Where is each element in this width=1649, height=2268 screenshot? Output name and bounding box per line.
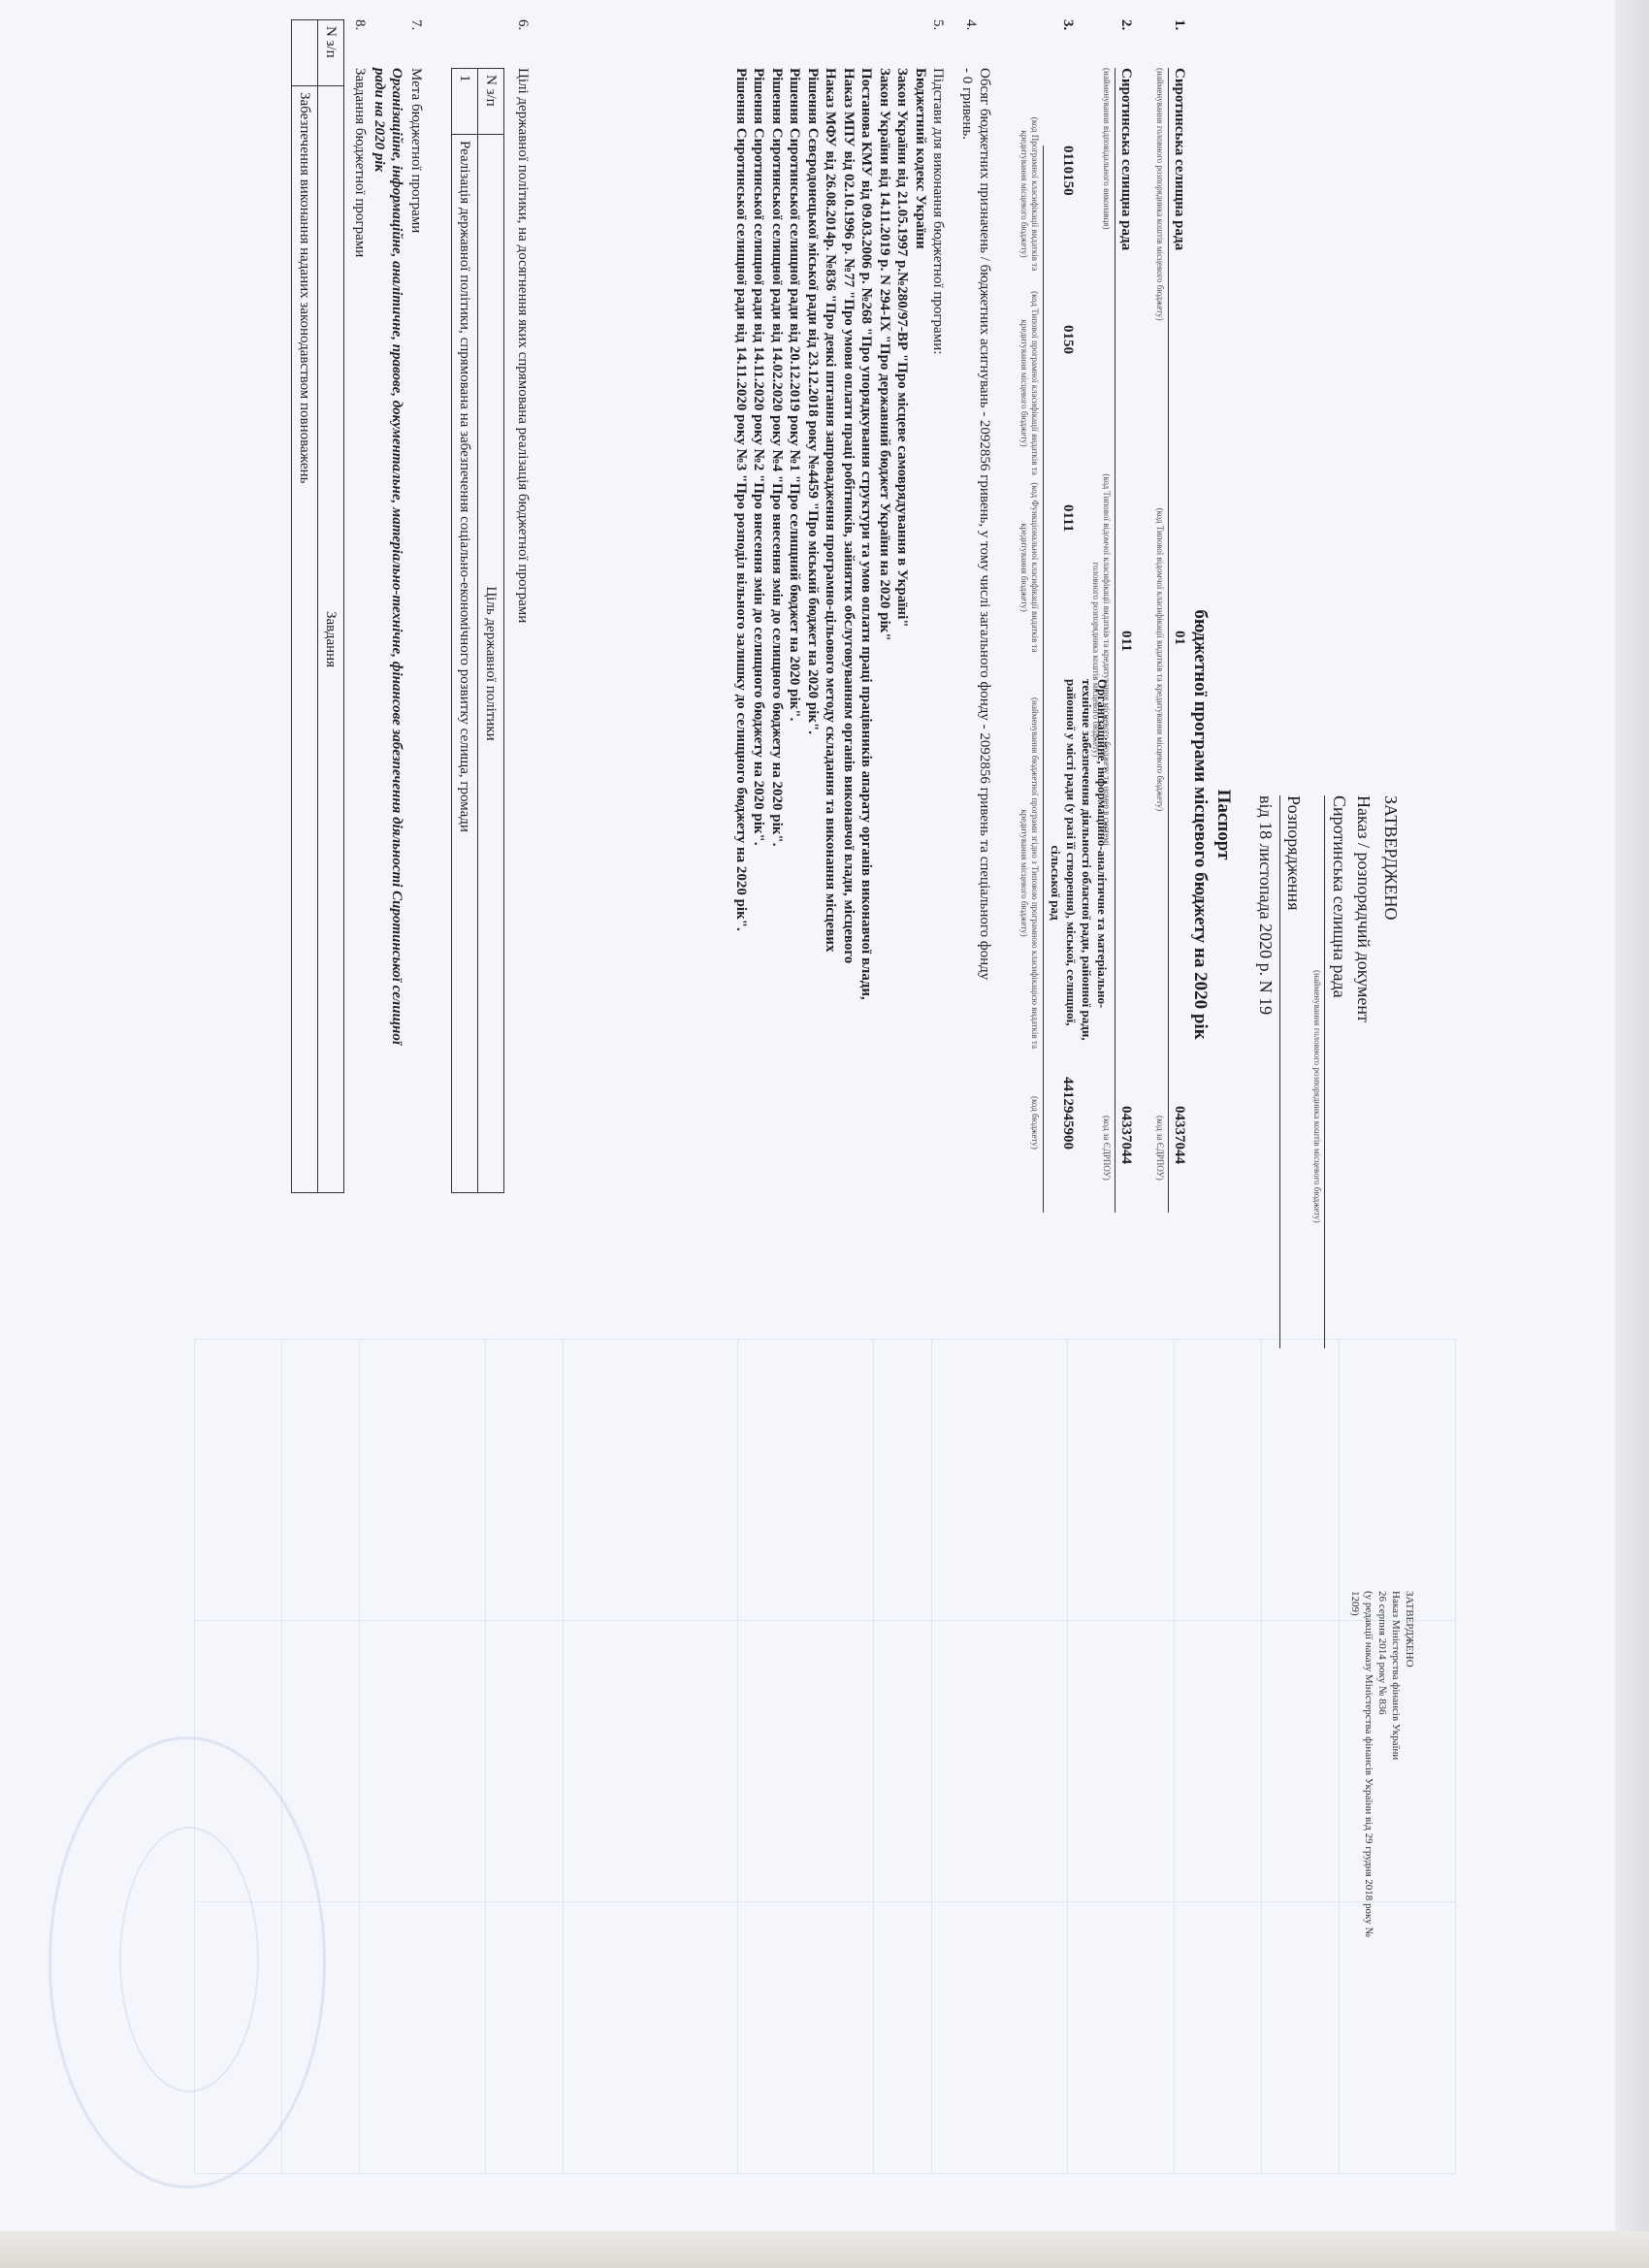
section-3-number: 3. — [1059, 19, 1077, 30]
legal-basis-item: Рішення Сиротинської селищної ради від 1… — [768, 68, 787, 1000]
doc-type: Наказ / розпорядчий документ — [1353, 795, 1374, 1022]
table-header-row: N з/п Завдання — [318, 20, 344, 1193]
legal-basis-item: Закон України від 21.05.1997 р.№280/97-В… — [893, 68, 912, 1000]
col-header-goal: Ціль державної політики — [478, 135, 504, 1193]
legal-basis-item: Рішення Сиротинської селищної ради від 1… — [732, 68, 751, 1000]
approval-reference: ЗАТВЕРДЖЕНО Наказ Міністерства фінансів … — [1348, 1591, 1416, 2134]
approved-label: ЗАТВЕРДЖЕНО — [1380, 795, 1402, 921]
policy-goals-table: N з/п Ціль державної політики 1 Реалізац… — [451, 68, 504, 1193]
program-code: 0110150 — [1059, 146, 1077, 196]
description-line: технічне забезпечення діяльності обласно… — [1079, 679, 1094, 1086]
section-5-number: 5. — [929, 19, 947, 30]
section-2-edrpou-caption: (код за ЄДРПОУ) — [1101, 1116, 1112, 1181]
program-code-caption: (код Програмної класифікації видатків та… — [1018, 107, 1040, 281]
program-tasks-table: N з/п Завдання Забезпечення виконання на… — [291, 19, 344, 1193]
section-2-code: 011 — [1117, 631, 1135, 652]
approval-ref-line: Наказ Міністерства фінансів України — [1389, 1591, 1403, 2134]
description-line: районної у місті ради (у разі її створен… — [1063, 679, 1079, 1086]
legal-basis-item: Рішення Сиротинської селищної ради від 2… — [786, 68, 804, 1000]
section-1-name-caption: (найменування головного розпорядника кош… — [1154, 68, 1165, 321]
legal-basis-item: Рішення Сєвєродонецької міської ради від… — [804, 68, 823, 1000]
page-subtitle: бюджетної програми місцевого бюджету на … — [1189, 485, 1211, 1164]
approval-ref-line: ЗАТВЕРДЖЕНО — [1403, 1591, 1416, 2134]
section-4-number: 4. — [962, 19, 980, 30]
section-8-number: 8. — [351, 19, 369, 30]
row-number: 1 — [452, 69, 478, 135]
approving-org-caption: (найменування головного розпорядника кош… — [1311, 970, 1322, 1223]
order-date: від 18 листопада 2020 р. N 19 — [1255, 795, 1277, 1015]
program-description: Організаційне, інформаційно-аналітичне т… — [1048, 679, 1110, 1086]
section-2-edrpou: 04337044 — [1117, 1106, 1135, 1164]
legal-basis-item: Наказ МФУ від 26.08.2014р. №836 "Про дея… — [822, 68, 840, 1000]
budget-code-caption: (код бюджету) — [1029, 1096, 1040, 1150]
section-1-code-caption: (код Типової відомчої класифікації видат… — [1154, 466, 1165, 854]
functional-code-caption: (код Функціональної класифікації видаткі… — [1018, 475, 1040, 660]
section-7-number: 7. — [407, 19, 425, 30]
legal-basis-item: Постанова КМУ від 09.03.2006 р. №268 "Пр… — [857, 68, 876, 1000]
section-1-name: Сиротинська селищна рада — [1171, 68, 1188, 250]
program-purpose-line2: ради на 2020 рік — [371, 68, 388, 172]
col-header-number: N з/п — [318, 20, 344, 86]
section-5-heading: Підстави для виконання бюджетної програм… — [929, 68, 947, 354]
section-6-heading: Цілі державної політики, на досягнення я… — [514, 68, 532, 623]
description-line: сільської рад — [1048, 679, 1063, 1086]
legal-basis-item: Бюджетний кодекс України — [912, 68, 930, 1000]
budget-code: 4412945900 — [1059, 1077, 1077, 1150]
row-goal: Реалізація державної політики, спрямован… — [452, 135, 478, 1193]
page-title: Паспорт — [1212, 485, 1234, 1164]
section-7-heading: Мета бюджетної програми — [407, 68, 425, 233]
legal-basis-item: Рішення Сиротинської селищної ради від 1… — [750, 68, 768, 1000]
description-line: Організаційне, інформаційно-аналітичне т… — [1094, 679, 1110, 1086]
section-1-code: 01 — [1171, 631, 1188, 645]
budget-passport-page: ЗАТВЕРДЖЕНО Наказ Міністерства фінансів … — [0, 0, 1649, 2268]
typical-program-code: 0150 — [1059, 325, 1077, 354]
legal-basis-item: Закон України від 14.11.2019 р. N 294-IX… — [876, 68, 894, 1000]
section-2-name: Сиротинська селищна рада — [1117, 68, 1135, 250]
table-header-row: N з/п Ціль державної політики — [478, 69, 504, 1193]
approval-ref-line: (у редакції наказу Міністерства фінансів… — [1362, 1591, 1375, 2134]
description-caption: (найменування бюджетної програми згідно … — [1018, 679, 1040, 1067]
section-8-heading: Завдання бюджетної програми — [351, 68, 369, 257]
legal-basis-item: Наказ МПУ від 02.10.1996 р. №77 "Про умо… — [840, 68, 858, 1000]
col-header-task: Завдання — [318, 86, 344, 1193]
col-header-number: N з/п — [478, 69, 504, 135]
section-1-edrpou-caption: (код за ЄДРПОУ) — [1154, 1116, 1165, 1181]
section-2-name-caption: (найменування відповідального виконавця) — [1101, 68, 1112, 229]
section-1-number: 1. — [1171, 19, 1188, 30]
approving-org: Сиротинська селищна рада — [1329, 795, 1350, 998]
functional-code: 0111 — [1059, 504, 1077, 532]
row-number — [292, 20, 318, 86]
section-2-number: 2. — [1117, 19, 1135, 30]
table-row: Забезпечення виконання наданих законодав… — [292, 20, 318, 1193]
section-1-edrpou: 04337044 — [1171, 1106, 1188, 1164]
table-row: 1 Реалізація державної політики, спрямов… — [452, 69, 478, 1193]
legal-basis-list: Бюджетний кодекс України Закон України в… — [732, 68, 930, 1000]
typical-code-caption: (код Типової програмної класифікації вид… — [1018, 291, 1040, 475]
section-6-number: 6. — [514, 19, 532, 30]
program-purpose-line1: Організаційне, інформаційне, аналітичне,… — [388, 68, 405, 1045]
approval-ref-line: 1209) — [1348, 1591, 1362, 2134]
approval-ref-line: 26 серпня 2014 року № 836 — [1375, 1591, 1389, 2134]
row-task: Забезпечення виконання наданих законодав… — [292, 86, 318, 1193]
budget-volume-line2: - 0 гривень. — [958, 68, 976, 140]
order-kind: Розпорядження — [1283, 795, 1305, 910]
budget-volume-line1: Обсяг бюджетних призначень / бюджетних а… — [976, 68, 993, 980]
